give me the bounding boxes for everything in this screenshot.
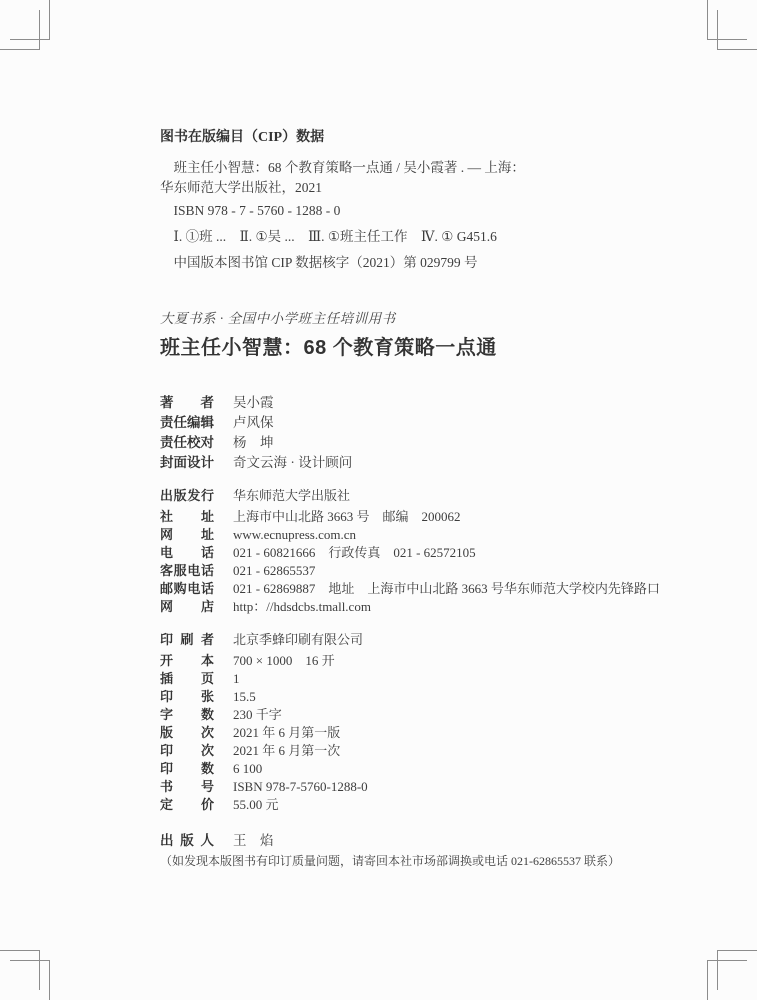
credit-value: 吴小霞 xyxy=(233,393,274,413)
printing-value: 2021 年 6 月第一次 xyxy=(233,742,340,760)
printing-label: 定 价 xyxy=(160,796,214,814)
printing-row: 印 刷 者 北京季蜂印刷有限公司 xyxy=(160,631,735,649)
cip-line: 华东师范大学出版社，2021 xyxy=(160,178,735,198)
printing-row: 印 次 2021 年 6 月第一次 xyxy=(160,742,735,760)
printing-value: 230 千字 xyxy=(233,706,282,724)
printing-label: 开 本 xyxy=(160,652,214,670)
page-content: 图书在版编目（CIP）数据 班主任小智慧：68 个教育策略一点通 / 吴小霞著 … xyxy=(160,128,735,870)
book-title: 班主任小智慧：68 个教育策略一点通 xyxy=(160,334,735,362)
publisher-label: 社 址 xyxy=(160,508,214,526)
credit-label: 著 者 xyxy=(160,393,214,413)
printing-row: 插 页 1 xyxy=(160,670,735,688)
printing-value: 700 × 1000 16 开 xyxy=(233,652,335,670)
quality-note: （如发现本版图书有印订质量问题，请寄回本社市场部调换或电话 021-628655… xyxy=(160,852,735,870)
credit-value: 奇文云海 · 设计顾问 xyxy=(233,453,352,473)
publisher-person-value: 王 焰 xyxy=(233,831,274,851)
credit-label: 封面设计 xyxy=(160,453,214,473)
printing-value: 2021 年 6 月第一版 xyxy=(233,724,340,742)
publisher-value: www.ecnupress.com.cn xyxy=(233,526,356,544)
credit-row: 封面设计 奇文云海 · 设计顾问 xyxy=(160,453,735,473)
crop-mark-bottom-right-inner xyxy=(717,950,757,990)
publisher-person-row: 出 版 人 王 焰 xyxy=(160,831,735,851)
publisher-row: 出版发行 华东师范大学出版社 xyxy=(160,487,735,505)
credits-section: 著 者 吴小霞 责任编辑 卢风保 责任校对 杨 坤 封面设计 奇文云海 · 设计… xyxy=(160,393,735,473)
printing-label: 版 次 xyxy=(160,724,214,742)
publisher-row: 邮购电话 021 - 62869887 地址 上海市中山北路 3663 号华东师… xyxy=(160,580,735,598)
crop-mark-top-left-outer xyxy=(10,0,50,40)
publisher-row: 网 址 www.ecnupress.com.cn xyxy=(160,526,735,544)
printing-value: 55.00 元 xyxy=(233,796,279,814)
printing-label: 印 数 xyxy=(160,760,214,778)
cip-line: 中国版本图书馆 CIP 数据核字（2021）第 029799 号 xyxy=(160,253,735,273)
cip-line: 班主任小智慧：68 个教育策略一点通 / 吴小霞著 . — 上海： xyxy=(160,158,735,178)
printing-label: 印 张 xyxy=(160,688,214,706)
printing-value: ISBN 978-7-5760-1288-0 xyxy=(233,778,368,796)
publisher-label: 网 店 xyxy=(160,598,214,616)
publisher-row: 网 店 http：//hdsdcbs.tmall.com xyxy=(160,598,735,616)
printing-row: 开 本 700 × 1000 16 开 xyxy=(160,652,735,670)
credit-row: 著 者 吴小霞 xyxy=(160,393,735,413)
publisher-value: 上海市中山北路 3663 号 邮编 200062 xyxy=(233,508,461,526)
publisher-label: 出版发行 xyxy=(160,487,214,505)
credit-label: 责任编辑 xyxy=(160,413,214,433)
printing-value: 6 100 xyxy=(233,760,262,778)
publisher-value: 华东师范大学出版社 xyxy=(233,487,350,505)
publisher-value: 021 - 60821666 行政传真 021 - 62572105 xyxy=(233,544,476,562)
credit-label: 责任校对 xyxy=(160,433,214,453)
publisher-value: 021 - 62865537 xyxy=(233,562,315,580)
publisher-row: 客服电话 021 - 62865537 xyxy=(160,562,735,580)
printing-row: 版 次 2021 年 6 月第一版 xyxy=(160,724,735,742)
publisher-label: 邮购电话 xyxy=(160,580,214,598)
crop-mark-top-left-inner xyxy=(0,10,40,50)
publisher-value: http：//hdsdcbs.tmall.com xyxy=(233,598,371,616)
printing-label: 书 号 xyxy=(160,778,214,796)
credit-row: 责任校对 杨 坤 xyxy=(160,433,735,453)
cip-heading: 图书在版编目（CIP）数据 xyxy=(160,128,735,148)
crop-mark-bottom-left-inner xyxy=(0,950,40,990)
cip-lines: 班主任小智慧：68 个教育策略一点通 / 吴小霞著 . — 上海： 华东师范大学… xyxy=(160,158,735,273)
series-line: 大夏书系 · 全国中小学班主任培训用书 xyxy=(160,309,735,329)
printing-row: 书 号 ISBN 978-7-5760-1288-0 xyxy=(160,778,735,796)
printing-section: 印 刷 者 北京季蜂印刷有限公司 开 本 700 × 1000 16 开 插 页… xyxy=(160,631,735,814)
cip-line: ISBN 978 - 7 - 5760 - 1288 - 0 xyxy=(160,201,735,221)
printing-value: 1 xyxy=(233,670,240,688)
publisher-row: 社 址 上海市中山北路 3663 号 邮编 200062 xyxy=(160,508,735,526)
crop-mark-top-right-inner xyxy=(717,10,757,50)
crop-mark-top-right-outer xyxy=(707,0,747,40)
printing-value: 北京季蜂印刷有限公司 xyxy=(233,631,363,649)
printing-value: 15.5 xyxy=(233,688,256,706)
printing-row: 印 张 15.5 xyxy=(160,688,735,706)
credit-value: 卢风保 xyxy=(233,413,274,433)
printing-label: 印 次 xyxy=(160,742,214,760)
publisher-row: 电 话 021 - 60821666 行政传真 021 - 62572105 xyxy=(160,544,735,562)
publisher-person-label: 出 版 人 xyxy=(160,831,214,851)
publisher-value: 021 - 62869887 地址 上海市中山北路 3663 号华东师范大学校内… xyxy=(233,580,660,598)
credit-row: 责任编辑 卢风保 xyxy=(160,413,735,433)
printing-label: 印 刷 者 xyxy=(160,631,214,649)
printing-label: 插 页 xyxy=(160,670,214,688)
cip-line: Ⅰ. ①班 ... Ⅱ. ①吴 ... Ⅲ. ①班主任工作 Ⅳ. ① G451.… xyxy=(160,227,735,247)
printing-row: 印 数 6 100 xyxy=(160,760,735,778)
credit-value: 杨 坤 xyxy=(233,433,274,453)
printing-label: 字 数 xyxy=(160,706,214,724)
printing-row: 字 数 230 千字 xyxy=(160,706,735,724)
copyright-page: 图书在版编目（CIP）数据 班主任小智慧：68 个教育策略一点通 / 吴小霞著 … xyxy=(0,0,757,1000)
crop-mark-bottom-left-outer xyxy=(10,960,50,1000)
publisher-label: 网 址 xyxy=(160,526,214,544)
publisher-label: 电 话 xyxy=(160,544,214,562)
crop-mark-bottom-right-outer xyxy=(707,960,747,1000)
printing-row: 定 价 55.00 元 xyxy=(160,796,735,814)
publisher-section: 出版发行 华东师范大学出版社 社 址 上海市中山北路 3663 号 邮编 200… xyxy=(160,487,735,616)
cip-section: 图书在版编目（CIP）数据 班主任小智慧：68 个教育策略一点通 / 吴小霞著 … xyxy=(160,128,735,273)
publisher-label: 客服电话 xyxy=(160,562,214,580)
